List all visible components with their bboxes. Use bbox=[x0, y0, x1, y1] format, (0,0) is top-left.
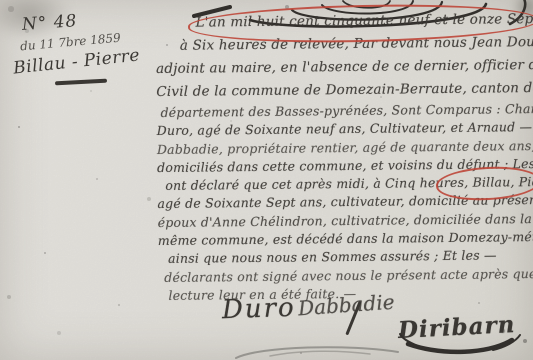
margin-act-number: N° 48 bbox=[21, 11, 78, 35]
ink-flourish-bottom bbox=[230, 342, 430, 360]
signature-duro: Duro bbox=[221, 293, 296, 326]
scan-speckles bbox=[0, 0, 2, 2]
act-body: L'an mil huit cent cinquante neuf et le … bbox=[155, 8, 533, 305]
document-scan: N° 48 du 11 7bre 1859 Billau - Pierre L'… bbox=[0, 0, 533, 360]
margin-underline-stroke bbox=[55, 79, 107, 85]
